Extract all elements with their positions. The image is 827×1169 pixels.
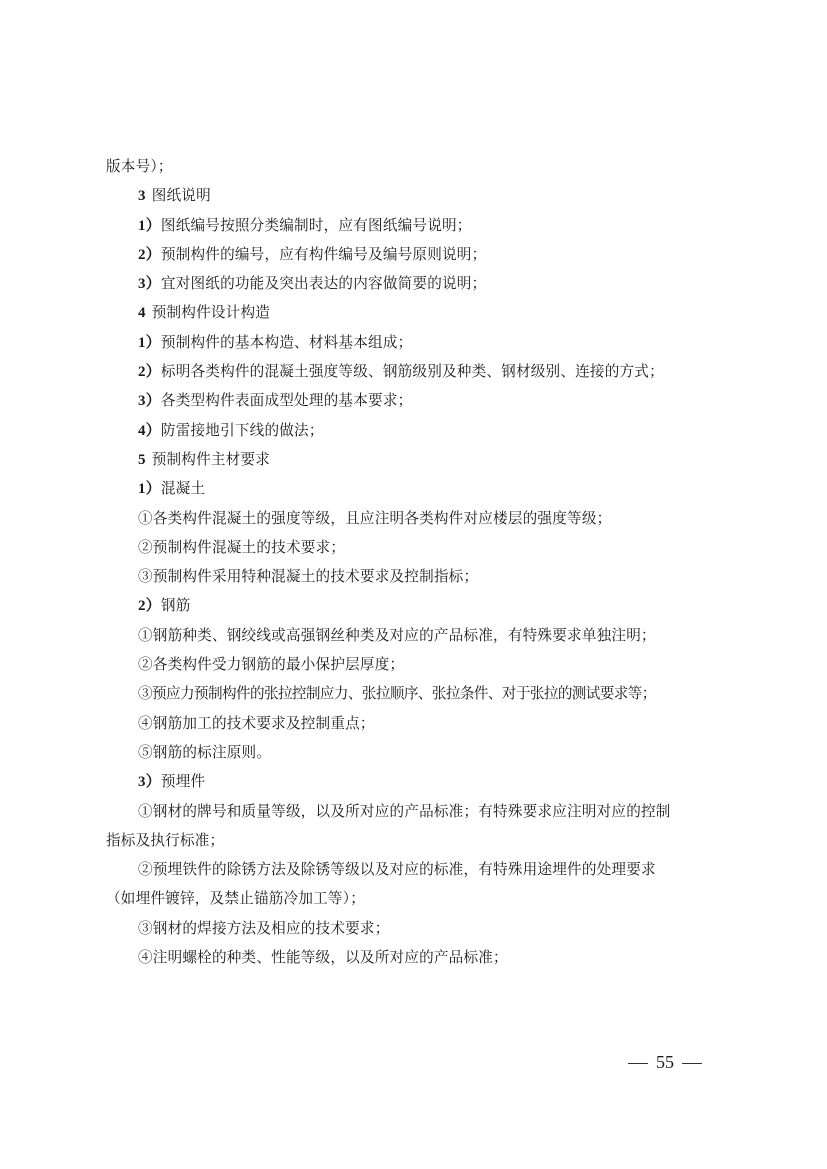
- item-text: ⑤钢筋的标注原则。: [138, 744, 271, 761]
- item-number: 2）: [138, 247, 161, 263]
- list-item: ②预埋铁件的除锈方法及除锈等级以及对应的标准，有特殊用途埋件的处理要求: [106, 855, 718, 884]
- page-number: 55: [620, 1052, 710, 1073]
- item-text: 指标及执行标准；: [106, 832, 224, 849]
- text: 版本号）；: [106, 158, 173, 175]
- item-text: ②预制构件混凝土的技术要求；: [138, 539, 345, 556]
- section-title: 图纸说明: [152, 187, 211, 204]
- list-item: ②预制构件混凝土的技术要求；: [106, 533, 718, 562]
- item-text: 各类型构件表面成型处理的基本要求；: [161, 392, 413, 409]
- item-text: ③预应力预制构件的张拉控制应力、张拉顺序、张拉条件、对于张拉的测试要求等；: [138, 685, 656, 702]
- list-item: 2）预制构件的编号，应有构件编号及编号原则说明；: [106, 240, 718, 269]
- item-text: 宜对图纸的功能及突出表达的内容做简要的说明；: [161, 275, 486, 292]
- list-item: ①钢筋种类、钢绞线或高强钢丝种类及对应的产品标准，有特殊要求单独注明；: [106, 621, 718, 650]
- item-text: ④注明螺栓的种类、性能等级，以及所对应的产品标准；: [138, 949, 508, 966]
- section-heading-3: 3图纸说明: [106, 181, 718, 210]
- item-text: 防雷接地引下线的做法；: [161, 422, 324, 439]
- item-text: ②各类构件受力钢筋的最小保护层厚度；: [138, 656, 404, 673]
- list-item: ①各类构件混凝土的强度等级，且应注明各类构件对应楼层的强度等级；: [106, 504, 718, 533]
- item-text: ①各类构件混凝土的强度等级，且应注明各类构件对应楼层的强度等级；: [138, 510, 611, 527]
- item-number: 3）: [138, 393, 161, 409]
- dash-left-decoration: [628, 1063, 648, 1064]
- list-item-continuation: 指标及执行标准；: [106, 826, 718, 855]
- item-text: 预制构件的编号，应有构件编号及编号原则说明；: [161, 246, 486, 263]
- dash-right-decoration: [682, 1063, 702, 1064]
- item-number: 2）: [138, 598, 161, 614]
- item-text: ②预埋铁件的除锈方法及除锈等级以及对应的标准，有特殊用途埋件的处理要求: [138, 861, 656, 878]
- item-text: 标明各类构件的混凝土强度等级、钢筋级别及种类、钢材级别、连接的方式；: [161, 363, 664, 380]
- item-text: 钢筋: [161, 597, 191, 614]
- item-number: 3）: [138, 774, 161, 790]
- list-item: 2）标明各类构件的混凝土强度等级、钢筋级别及种类、钢材级别、连接的方式；: [106, 357, 718, 386]
- item-text: ③预制构件采用特种混凝土的技术要求及控制指标；: [138, 568, 478, 585]
- section-heading-4: 4预制构件设计构造: [106, 298, 718, 327]
- section-heading-5: 5预制构件主材要求: [106, 445, 718, 474]
- item-text: ①钢材的牌号和质量等级，以及所对应的产品标准；有特殊要求应注明对应的控制: [138, 803, 671, 820]
- list-item: 1）预制构件的基本构造、材料基本组成；: [106, 328, 718, 357]
- section-title: 预制构件主材要求: [152, 451, 270, 468]
- list-item: ③钢材的焊接方法及相应的技术要求；: [106, 914, 718, 943]
- subsection-heading: 1）混凝土: [106, 474, 718, 503]
- continuation-line: 版本号）；: [106, 152, 718, 181]
- section-number: 5: [138, 452, 146, 468]
- list-item: ②各类构件受力钢筋的最小保护层厚度；: [106, 650, 718, 679]
- list-item: ③预应力预制构件的张拉控制应力、张拉顺序、张拉条件、对于张拉的测试要求等；: [106, 679, 718, 708]
- section-number: 4: [138, 305, 146, 321]
- item-text: （如埋件镀锌，及禁止锚筋冷加工等）；: [106, 890, 365, 907]
- list-item: 1）图纸编号按照分类编制时，应有图纸编号说明；: [106, 211, 718, 240]
- subsection-heading: 2）钢筋: [106, 591, 718, 620]
- list-item: ③预制构件采用特种混凝土的技术要求及控制指标；: [106, 562, 718, 591]
- list-item: ⑤钢筋的标注原则。: [106, 738, 718, 767]
- document-page: 版本号）； 3图纸说明 1）图纸编号按照分类编制时，应有图纸编号说明； 2）预制…: [0, 0, 827, 1169]
- item-text: ①钢筋种类、钢绞线或高强钢丝种类及对应的产品标准，有特殊要求单独注明；: [138, 627, 656, 644]
- item-number: 1）: [138, 335, 161, 351]
- body-text: 版本号）； 3图纸说明 1）图纸编号按照分类编制时，应有图纸编号说明； 2）预制…: [106, 152, 718, 972]
- item-number: 1）: [138, 218, 161, 234]
- item-text: 混凝土: [161, 480, 205, 497]
- item-number: 1）: [138, 481, 161, 497]
- subsection-heading: 3）预埋件: [106, 767, 718, 796]
- item-text: 图纸编号按照分类编制时，应有图纸编号说明；: [161, 217, 472, 234]
- list-item: 3）各类型构件表面成型处理的基本要求；: [106, 386, 718, 415]
- item-text: ③钢材的焊接方法及相应的技术要求；: [138, 920, 390, 937]
- item-number: 3）: [138, 276, 161, 292]
- item-text: ④钢筋加工的技术要求及控制重点；: [138, 715, 375, 732]
- section-title: 预制构件设计构造: [152, 304, 270, 321]
- list-item: 4）防雷接地引下线的做法；: [106, 416, 718, 445]
- list-item: ④钢筋加工的技术要求及控制重点；: [106, 709, 718, 738]
- item-text: 预制构件的基本构造、材料基本组成；: [161, 334, 413, 351]
- list-item-continuation: （如埋件镀锌，及禁止锚筋冷加工等）；: [106, 884, 718, 913]
- list-item: 3）宜对图纸的功能及突出表达的内容做简要的说明；: [106, 269, 718, 298]
- list-item: ④注明螺栓的种类、性能等级，以及所对应的产品标准；: [106, 943, 718, 972]
- page-number-value: 55: [656, 1052, 674, 1072]
- item-number: 4）: [138, 423, 161, 439]
- item-text: 预埋件: [161, 773, 205, 790]
- list-item: ①钢材的牌号和质量等级，以及所对应的产品标准；有特殊要求应注明对应的控制: [106, 797, 718, 826]
- section-number: 3: [138, 188, 146, 204]
- item-number: 2）: [138, 364, 161, 380]
